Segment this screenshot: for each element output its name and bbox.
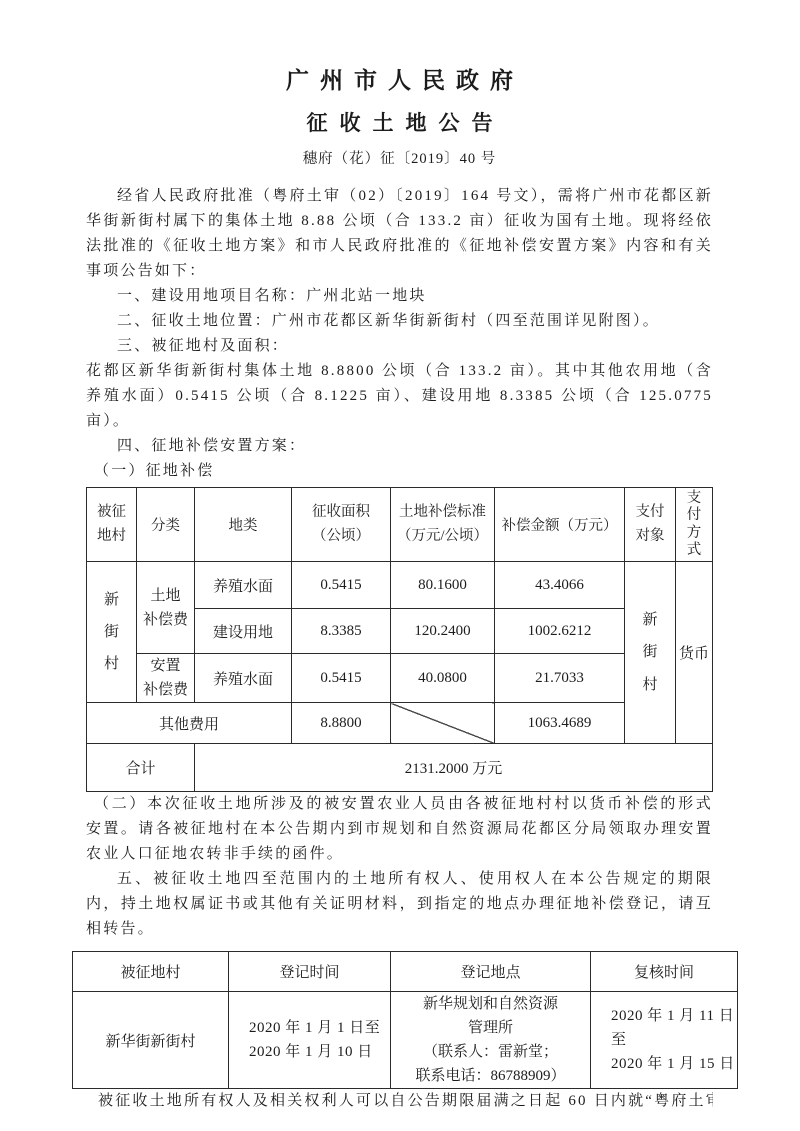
list-item-1: 一、建设用地项目名称：广州北站一地块: [86, 284, 713, 309]
registration-table-header-row: 被征地村 登记时间 登记地点 复核时间: [73, 952, 738, 992]
table-row-other-fees: 其他费用 8.8800 1063.4689: [87, 703, 713, 744]
cell-other-fees-area: 8.8800: [292, 703, 391, 744]
header-cell-reg-village: 被征地村: [73, 952, 229, 992]
cell-amount: 21.7033: [495, 654, 625, 703]
paragraph-closing: 被征收土地所有权人及相关权利人可以自公告期限届满之日起 60 日内就“粤府土审（…: [86, 1089, 713, 1114]
cell-amount: 43.4066: [495, 562, 625, 609]
list-item-3: 三、被征地村及面积：: [86, 334, 713, 359]
header-cell-reg-place: 登记地点: [391, 952, 591, 992]
document-page: 广州市人民政府 征收土地公告 穗府（花）征〔2019〕40 号 经省人民政府批准…: [0, 0, 800, 1131]
table-row: 安置 补偿费 养殖水面 0.5415 40.0800 21.7033: [87, 654, 713, 703]
cell-standard: 120.2400: [391, 609, 495, 654]
cell-land-type: 养殖水面: [195, 562, 292, 609]
header-cell-amount: 补偿金额（万元）: [495, 488, 625, 562]
list-item-4: 四、征地补偿安置方案：: [86, 434, 713, 459]
header-cell-category: 分类: [137, 488, 195, 562]
sub-item-2: （二）本次征收土地所涉及的被安置农业人员由各被征地村村以货币补偿的形式安置。请各…: [86, 792, 713, 867]
header-cell-review-time: 复核时间: [591, 952, 738, 992]
table-row-total: 合计 2131.2000 万元: [87, 744, 713, 792]
header-cell-area: 征收面积 （公顷）: [292, 488, 391, 562]
registration-table: 被征地村 登记时间 登记地点 复核时间 新华街新街村 2020 年 1 月 1 …: [72, 951, 738, 1089]
header-cell-payee: 支付 对象: [625, 488, 676, 562]
cell-land-type: 养殖水面: [195, 654, 292, 703]
cell-land-type: 建设用地: [195, 609, 292, 654]
doc-number: 穗府（花）征〔2019〕40 号: [86, 149, 713, 169]
paragraph-area-detail: 花都区新华街新街村集体土地 8.8800 公顷（合 133.2 亩）。其中其他农…: [86, 359, 713, 434]
cell-category-resettle-comp: 安置 补偿费: [137, 654, 195, 703]
paragraph-intro: 经省人民政府批准（粤府土审（02）〔2019〕164 号文），需将广州市花都区新…: [86, 184, 713, 284]
header-cell-village: 被征 地村: [87, 488, 137, 562]
document-title: 广州市人民政府: [86, 66, 713, 96]
payment-method-vertical-label: 支付方式: [686, 490, 702, 558]
list-item-5: 五、被征收土地四至范围内的土地所有权人、使用权人在本公告规定的期限内，持土地权属…: [86, 867, 713, 942]
cell-total-value: 2131.2000 万元: [195, 744, 713, 792]
cell-area: 8.3385: [292, 609, 391, 654]
cell-standard: 40.0800: [391, 654, 495, 703]
cell-category-land-comp: 土地 补偿费: [137, 562, 195, 654]
cell-reg-time: 2020 年 1 月 1 日至 2020 年 1 月 10 日: [229, 992, 391, 1089]
compensation-table: 被征 地村 分类 地类 征收面积 （公顷） 土地补偿标准 （万元/公顷） 补偿金…: [86, 487, 713, 792]
header-cell-land-type: 地类: [195, 488, 292, 562]
document-subtitle: 征收土地公告: [86, 109, 713, 137]
cell-reg-village: 新华街新街村: [73, 992, 229, 1089]
cell-total-label: 合计: [87, 744, 195, 792]
cell-payee: 新街村: [625, 562, 676, 744]
cell-review-time: 2020 年 1 月 11 日至 2020 年 1 月 15 日: [591, 992, 738, 1089]
document-content: 广州市人民政府 征收土地公告 穗府（花）征〔2019〕40 号 经省人民政府批准…: [86, 0, 713, 1114]
cell-standard: 80.1600: [391, 562, 495, 609]
header-cell-reg-time: 登记时间: [229, 952, 391, 992]
header-cell-standard: 土地补偿标准 （万元/公顷）: [391, 488, 495, 562]
header-cell-payment-method: 支付方式: [676, 488, 713, 562]
table-row: 新街村 土地 补偿费 养殖水面 0.5415 80.1600 43.4066 新…: [87, 562, 713, 609]
registration-table-row: 新华街新街村 2020 年 1 月 1 日至 2020 年 1 月 10 日 新…: [73, 992, 738, 1089]
cell-reg-place: 新华规划和自然资源 管理所 （联系人：雷新堂； 联系电话：86788909）: [391, 992, 591, 1089]
cell-area: 0.5415: [292, 562, 391, 609]
compensation-table-header-row: 被征 地村 分类 地类 征收面积 （公顷） 土地补偿标准 （万元/公顷） 补偿金…: [87, 488, 713, 562]
cell-other-fees-label: 其他费用: [87, 703, 292, 744]
cell-area: 0.5415: [292, 654, 391, 703]
sub-item-1: （一）征地补偿: [86, 459, 713, 484]
cell-village: 新街村: [87, 562, 137, 703]
cell-amount: 1002.6212: [495, 609, 625, 654]
list-item-2: 二、征收土地位置：广州市花都区新华街新街村（四至范围详见附图）。: [86, 309, 713, 334]
diagonal-slash-cell: [391, 703, 495, 744]
cell-payment-method: 货币: [676, 562, 713, 744]
cell-other-fees-amount: 1063.4689: [495, 703, 625, 744]
